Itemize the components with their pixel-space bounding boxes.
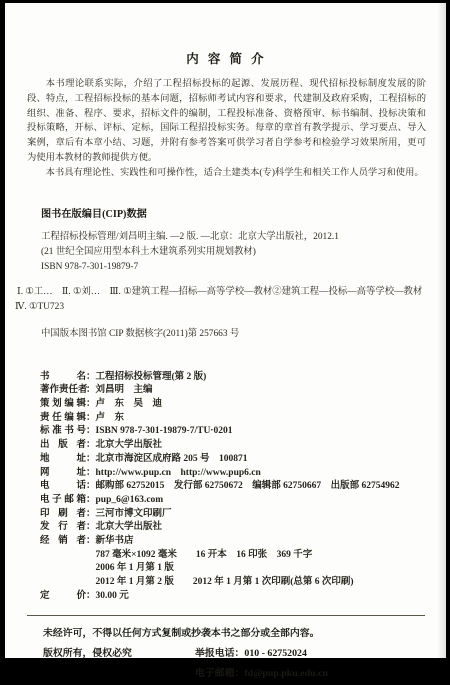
- row-label: 经销者: [40, 535, 86, 549]
- book-copyright-page: 内 容 简 介 本书理论联系实际，介绍了工程招标投标的起源、发展历程、现代招标投…: [5, 3, 446, 658]
- cip-classification-line: Ⅳ. ①TU723: [15, 300, 432, 315]
- row-colon: ：: [86, 591, 96, 601]
- cip-record-number: 中国版本图书馆 CIP 数据核字(2011)第 257663 号: [41, 327, 432, 342]
- table-row-first-edition: ：2006 年 1 月第 1 版: [40, 562, 440, 576]
- row-colon: ：: [86, 468, 96, 478]
- row-label: 地址: [40, 453, 86, 467]
- row-label: 责任编辑: [40, 412, 86, 426]
- row-colon: ：: [86, 509, 96, 519]
- table-row-isbn: 标准书号：ISBN 978-7-301-19879-7/TU·0201: [40, 425, 440, 439]
- cip-data-section: 图书在版编目(CIP)数据 工程招标投标管理/刘昌明主编. —2 版. —北京：…: [41, 205, 432, 342]
- table-row-book-title: 书名：工程招标投标管理(第 2 版): [40, 371, 440, 385]
- table-row-website: 网址：http://www.pup.cn http://www.pup6.cn: [40, 467, 440, 481]
- row-colon: ：: [86, 372, 96, 382]
- row-value: 787 毫米×1092 毫米 16 开本 16 印张 369 千字: [96, 550, 313, 560]
- content-summary-paragraph: 本书具有理论性、实践性和可操作性，适合土建类本(专)科学生和相关工作人员学习和使…: [27, 166, 426, 181]
- rights-statement: 版权所有，侵权必究: [43, 645, 195, 659]
- copyright-warning-section: 未经许可，不得以任何方式复制或抄袭本书之部分或全部内容。 版权所有，侵权必究 举…: [43, 625, 428, 664]
- row-value: 2006 年 1 月第 1 版: [96, 563, 174, 573]
- row-value: 工程招标投标管理(第 2 版): [96, 372, 207, 382]
- table-row-printer: 印刷者：三河市博文印刷厂: [40, 508, 440, 522]
- row-colon: ：: [86, 413, 96, 423]
- row-colon: ：: [86, 454, 96, 464]
- row-label: 网址: [40, 467, 86, 481]
- report-phone: 举报电话：010 - 62752024: [195, 645, 328, 659]
- row-label: 著作责任者: [40, 384, 86, 398]
- row-value: 邮购部 62752015 发行部 62750672 编辑部 62750667 出…: [96, 481, 400, 491]
- row-value: ISBN 978-7-301-19879-7/TU·0201: [96, 426, 233, 436]
- row-value: 三河市博文印刷厂: [96, 509, 172, 519]
- table-row-planning-editor: 策划编辑：卢 东 吴 迪: [40, 398, 440, 412]
- row-value: 新华书店: [96, 536, 134, 546]
- cip-isbn-line: ISBN 978-7-301-19879-7: [41, 260, 432, 275]
- row-value: 北京大学出版社: [96, 522, 163, 532]
- table-row-publisher: 出版者：北京大学出版社: [40, 439, 440, 453]
- row-label: 电话: [40, 480, 86, 494]
- row-label: 印刷者: [40, 508, 86, 522]
- row-value: 北京大学出版社: [96, 440, 163, 450]
- table-row-price: 定价：30.00 元: [40, 590, 440, 604]
- cip-heading: 图书在版编目(CIP)数据: [41, 205, 432, 220]
- table-row-seller: 经销者：新华书店: [40, 535, 440, 549]
- row-label: 标准书号: [40, 425, 86, 439]
- table-row-second-edition: ：2012 年 1 月第 2 版 2012 年 1 月第 1 次印刷(总第 6 …: [40, 576, 440, 590]
- copyright-notice: 未经许可，不得以任何方式复制或抄袭本书之部分或全部内容。: [43, 625, 428, 639]
- row-colon: ：: [86, 481, 96, 491]
- row-label: 书名: [40, 371, 86, 385]
- row-colon: ：: [86, 399, 96, 409]
- table-row-author: 著作责任者：刘昌明 主编: [40, 384, 440, 398]
- row-value: 2012 年 1 月第 2 版 2012 年 1 月第 1 次印刷(总第 6 次…: [96, 577, 354, 587]
- row-colon: ：: [86, 536, 96, 546]
- publication-info-table: 书名：工程招标投标管理(第 2 版) 著作责任者：刘昌明 主编 策划编辑：卢 东…: [40, 371, 440, 604]
- row-colon: ：: [86, 385, 96, 395]
- row-label: 发行者: [40, 521, 86, 535]
- row-value: 卢 东 吴 迪: [96, 399, 163, 409]
- table-row-distributor: 发行者：北京大学出版社: [40, 521, 440, 535]
- row-colon: ：: [86, 495, 96, 505]
- row-label: 出版者: [40, 439, 86, 453]
- row-label: 策划编辑: [40, 398, 86, 412]
- row-value: 30.00 元: [96, 591, 129, 601]
- table-row-address: 地址：北京市海淀区成府路 205 号 100871: [40, 453, 440, 467]
- cip-title-line: 工程招标投标管理/刘昌明主编. —2 版. —北京：北京大学出版社，2012.1: [41, 230, 432, 245]
- row-value: 卢 东: [96, 413, 125, 423]
- row-value: 刘昌明 主编: [96, 385, 153, 395]
- table-row-phone: 电话：邮购部 62752015 发行部 62750672 编辑部 6275066…: [40, 480, 440, 494]
- table-row-responsible-editor: 责任编辑：卢 东: [40, 412, 440, 426]
- table-row-format: ：787 毫米×1092 毫米 16 开本 16 印张 369 千字: [40, 549, 440, 563]
- cip-series-line: (21 世纪全国应用型本科土木建筑系列实用规划教材): [41, 245, 432, 260]
- row-colon: ：: [86, 440, 96, 450]
- row-label: 电子邮箱: [40, 494, 86, 508]
- row-value: pup_6@163.com: [96, 495, 164, 505]
- report-contact-block: 举报电话：010 - 62752024 电子邮箱：fd@pup.pku.edu.…: [195, 645, 328, 664]
- content-summary-title: 内 容 简 介: [27, 49, 426, 67]
- row-colon: ：: [86, 426, 96, 436]
- cip-classification-line: Ⅰ. ①工… Ⅱ. ①刘… Ⅲ. ①建筑工程—招标—高等学校—教材②建筑工程—投…: [17, 285, 432, 300]
- row-value: http://www.pup.cn http://www.pup6.cn: [96, 468, 261, 478]
- content-summary-paragraph: 本书理论联系实际，介绍了工程招标投标的起源、发展历程、现代招标投标制度发展的阶段…: [27, 77, 426, 166]
- table-row-email: 电子邮箱：pup_6@163.com: [40, 494, 440, 508]
- content-summary-section: 内 容 简 介 本书理论联系实际，介绍了工程招标投标的起源、发展历程、现代招标投…: [27, 49, 426, 181]
- footer-divider: [27, 615, 425, 616]
- row-label: 定价: [40, 590, 86, 604]
- row-colon: ：: [86, 522, 96, 532]
- row-value: 北京市海淀区成府路 205 号 100871: [96, 454, 248, 464]
